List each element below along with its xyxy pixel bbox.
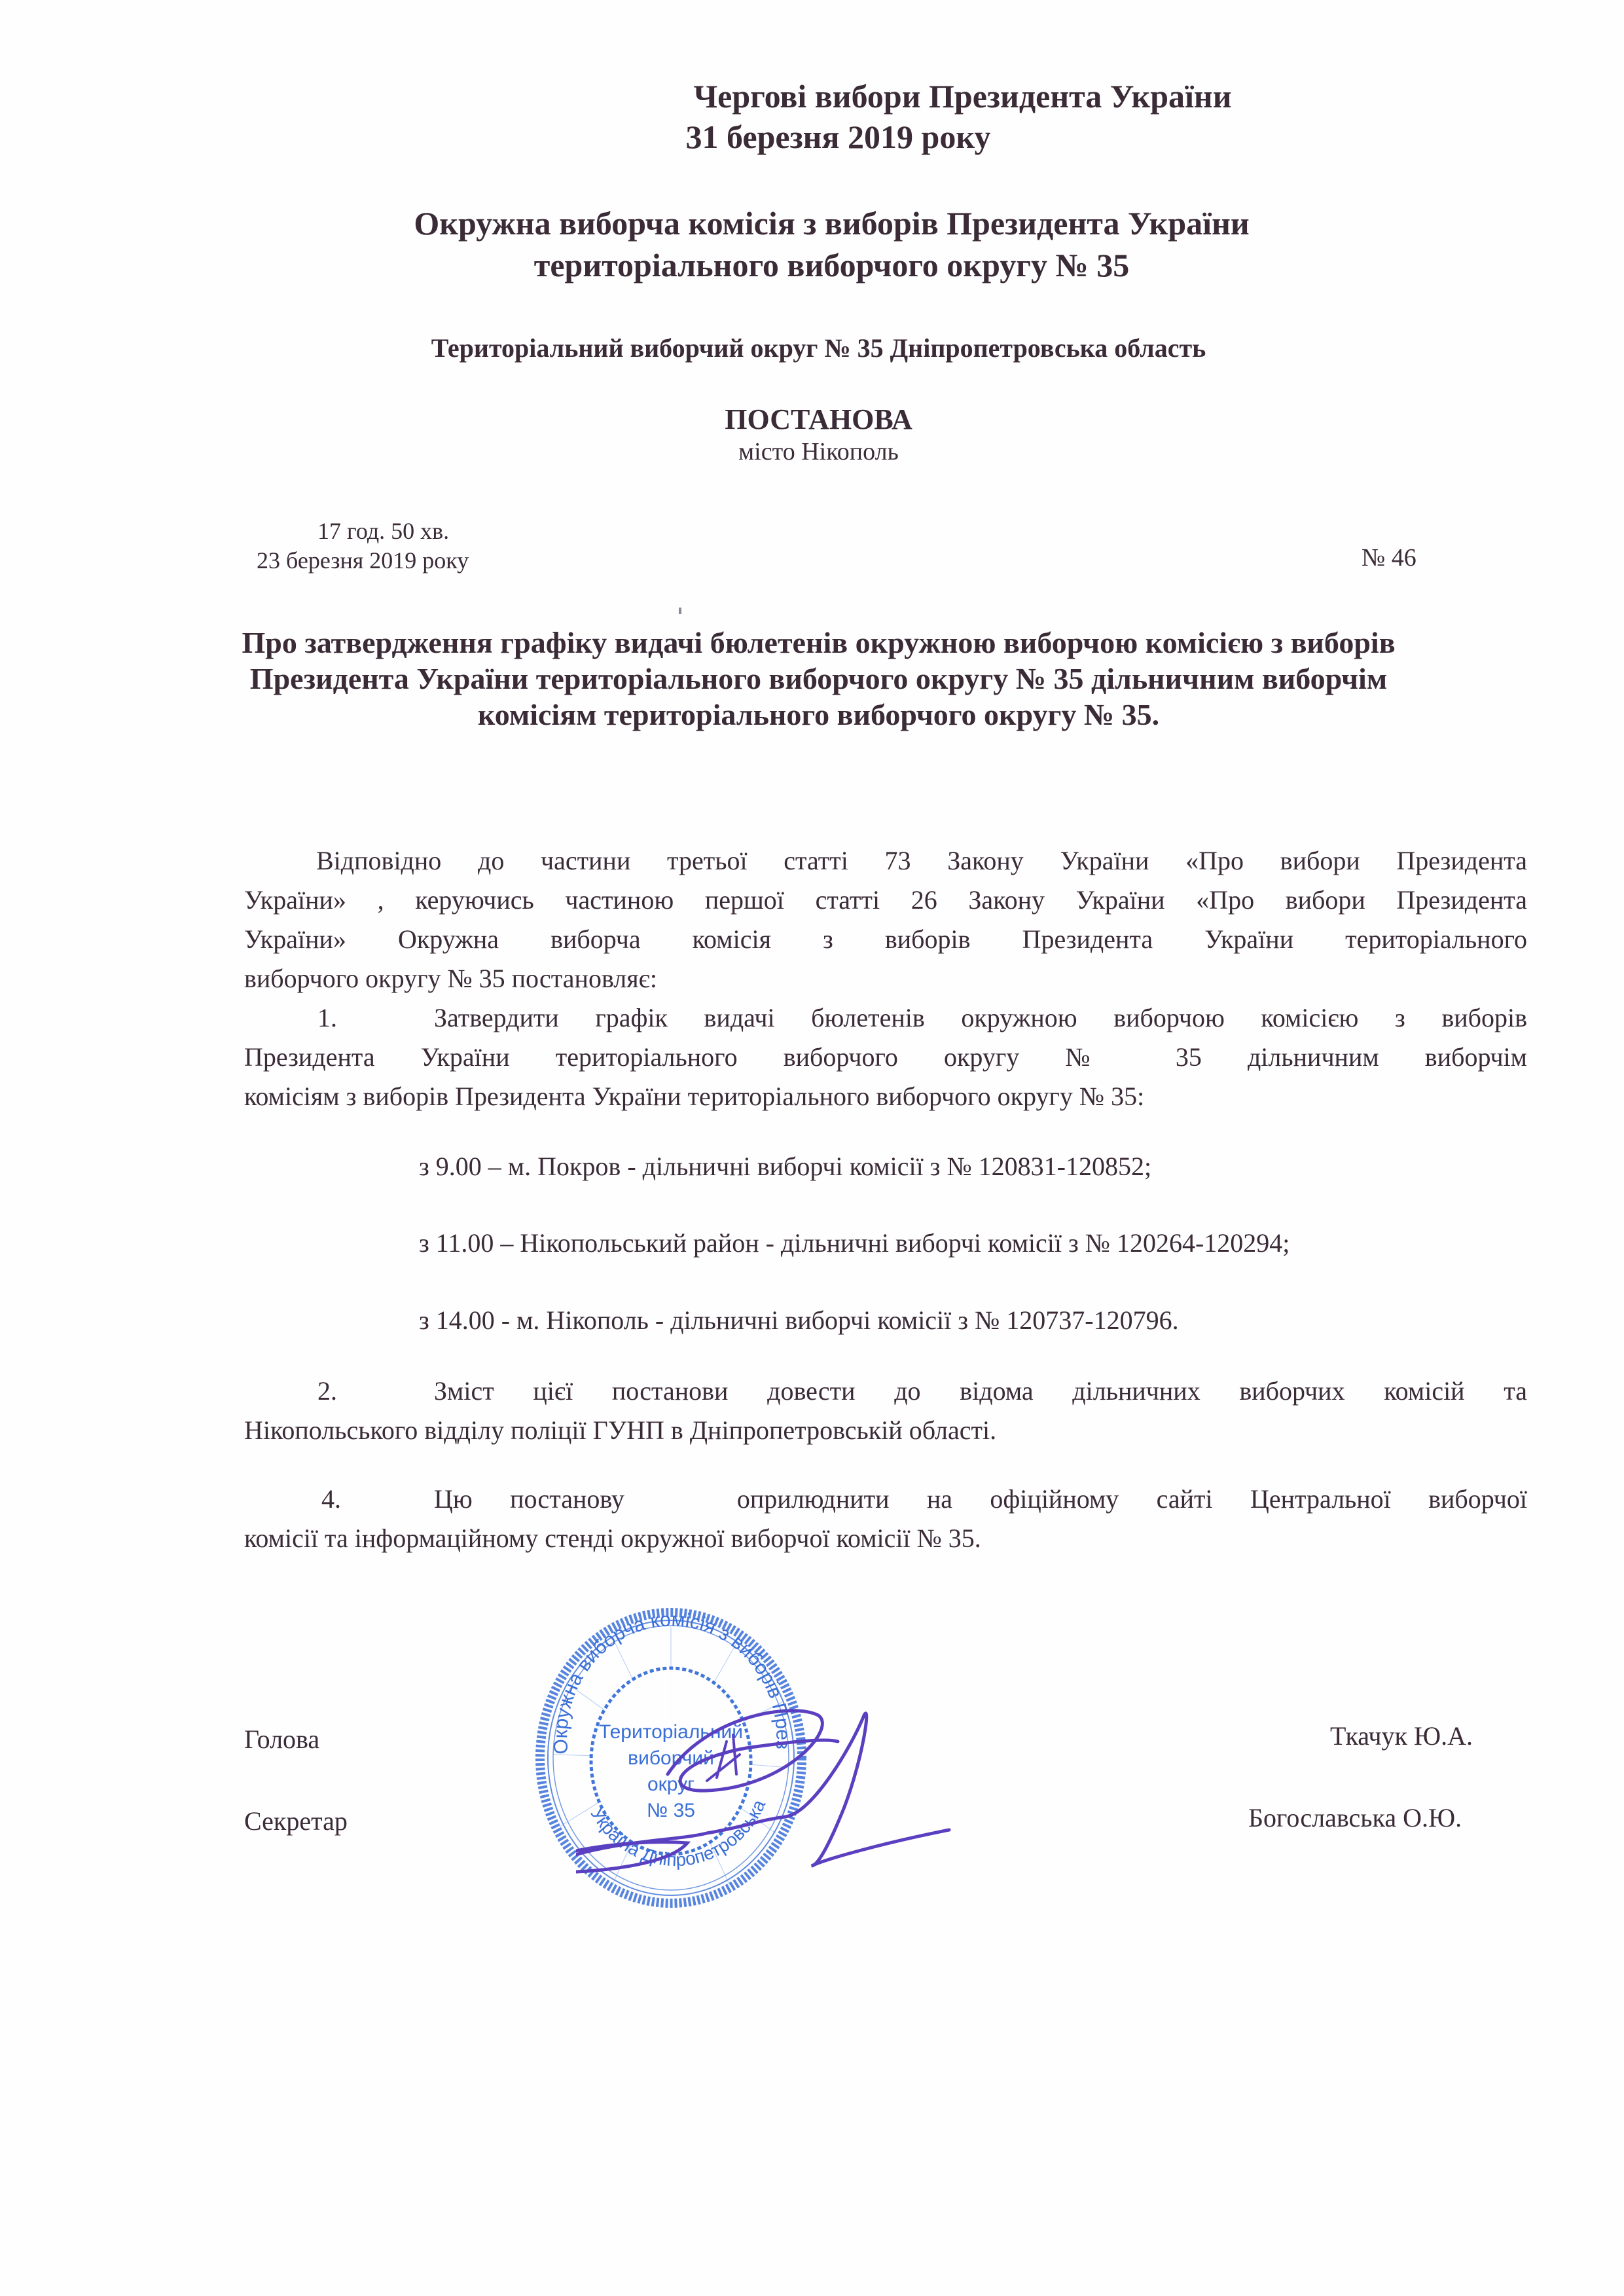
election-date: 31 березня 2019 року (26, 118, 1624, 156)
document-time: 17 год. 50 хв. (317, 517, 449, 545)
item-4-line: комісії та інформаційному стенді окружно… (244, 1519, 1527, 1558)
schedule-item-nikopol-city: з 14.00 - м. Нікополь - дільничні виборч… (419, 1305, 1179, 1336)
document-date: 23 березня 2019 року (257, 547, 469, 574)
chair-role: Голова (244, 1724, 319, 1755)
item-2-line: Нікопольського відділу поліції ГУНП в Дн… (244, 1411, 1527, 1450)
item-1-line: Затвердити графік видачі бюлетенів окруж… (434, 998, 1527, 1038)
preamble-paragraph: Відповідно до частини третьої статті 73 … (244, 841, 1527, 998)
item-4-number: 4. (244, 1480, 434, 1519)
item-1-paragraph: 1. Затвердити графік видачі бюлетенів ок… (244, 998, 1527, 1116)
preamble-line: України» Окружна виборча комісія з вибор… (244, 920, 1527, 959)
commission-name-line1: Окружна виборча комісія з виборів Презид… (20, 204, 1624, 242)
preamble-line: України» , керуючись частиною першої ста… (244, 881, 1527, 920)
item-1-number: 1. (244, 998, 434, 1038)
secretary-name: Богославська О.Ю. (1248, 1802, 1462, 1833)
secretary-role: Секретар (244, 1806, 348, 1836)
resolution-title-line2: Президента України територіального вибор… (7, 661, 1624, 696)
schedule-item-pokrov: з 9.00 – м. Покров - дільничні виборчі к… (419, 1151, 1151, 1182)
signatures-icon (576, 1676, 1113, 1886)
election-title: Чергові вибори Президента України (151, 77, 1624, 115)
item-1-first-line: 1. Затвердити графік видачі бюлетенів ок… (244, 998, 1527, 1038)
document-type: ПОСТАНОВА (7, 403, 1624, 436)
document-city: місто Нікополь (7, 437, 1624, 466)
item-4-paragraph: 4. Цю постанову оприлюднити на офіційном… (244, 1480, 1527, 1558)
item-4-line: Цю постанову оприлюднити на офіційному с… (434, 1480, 1527, 1519)
document-page: Чергові вибори Президента України 31 бер… (0, 0, 1624, 2296)
item-4-first-line: 4. Цю постанову оприлюднити на офіційном… (244, 1480, 1527, 1519)
scan-speck (679, 608, 681, 614)
commission-name-line2: територіального виборчого округу № 35 (20, 246, 1624, 284)
item-1-line: комісіям з виборів Президента України те… (244, 1077, 1527, 1116)
resolution-title-line1: Про затвердження графіку видачі бюлетені… (7, 625, 1624, 660)
schedule-item-nikopol-district: з 11.00 – Нікопольський район - дільничн… (419, 1228, 1290, 1258)
item-2-paragraph: 2. Зміст цієї постанови довести до відом… (244, 1372, 1527, 1450)
item-2-number: 2. (244, 1372, 434, 1411)
district-name: Територіальний виборчий округ № 35 Дніпр… (7, 333, 1624, 363)
item-2-first-line: 2. Зміст цієї постанови довести до відом… (244, 1372, 1527, 1411)
item-1-line: Президента України територіального вибор… (244, 1038, 1527, 1077)
preamble-line: Відповідно до частини третьої статті 73 … (244, 841, 1527, 881)
document-number: № 46 (1362, 543, 1416, 572)
chair-name: Ткачук Ю.А. (1330, 1721, 1473, 1751)
preamble-line: виборчого округу № 35 постановляє: (244, 959, 1527, 998)
resolution-title-line3: комісіям територіального виборчого округ… (7, 697, 1624, 732)
item-2-line: Зміст цієї постанови довести до відома д… (434, 1372, 1527, 1411)
